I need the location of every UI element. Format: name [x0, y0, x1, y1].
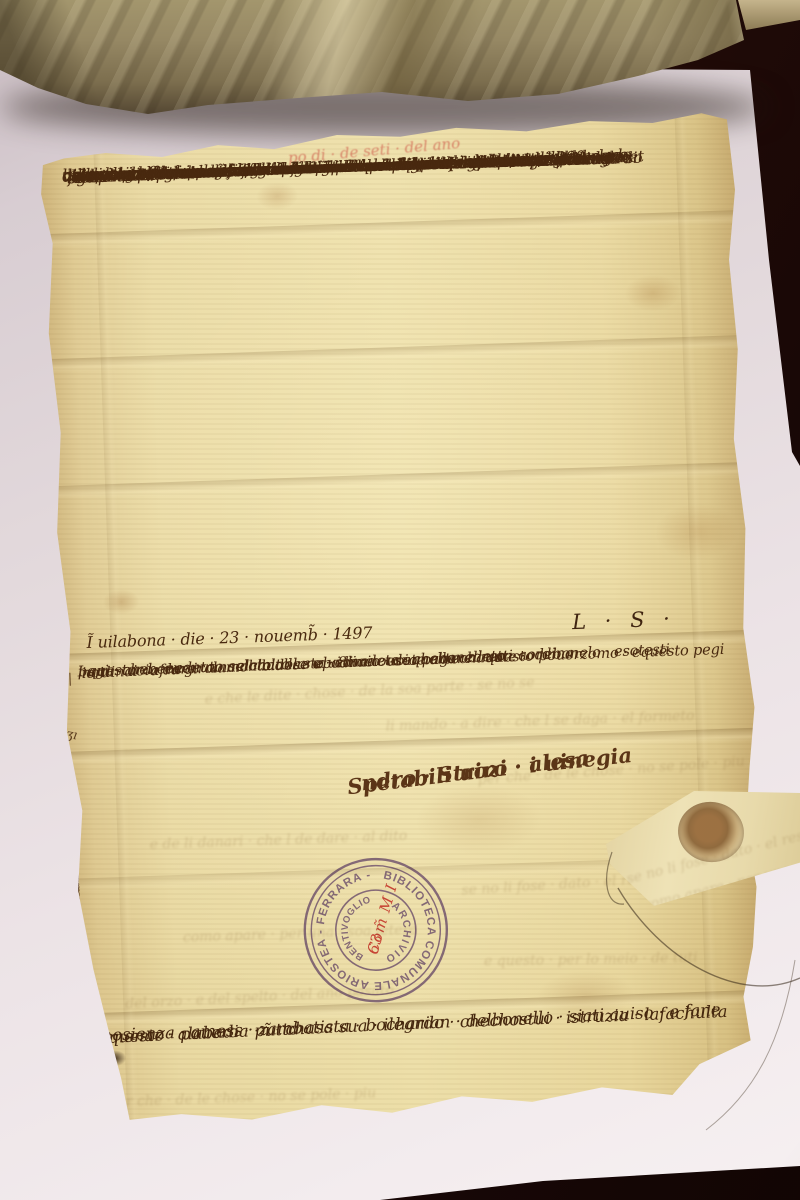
locus-sigilli-mark: L · S ·	[572, 606, 676, 634]
library-stamp: BIBLIOTECA COMUNALE ARIOSTEA - FERRARA -…	[298, 853, 453, 1008]
manuscript-page: e che le dite · chose · de la soa parte …	[35, 110, 771, 1130]
kraft-paper-corner-fragment	[738, 0, 800, 30]
photograph-of-manuscript-letter: e che le dite · chose · de la soa parte …	[0, 0, 800, 1200]
